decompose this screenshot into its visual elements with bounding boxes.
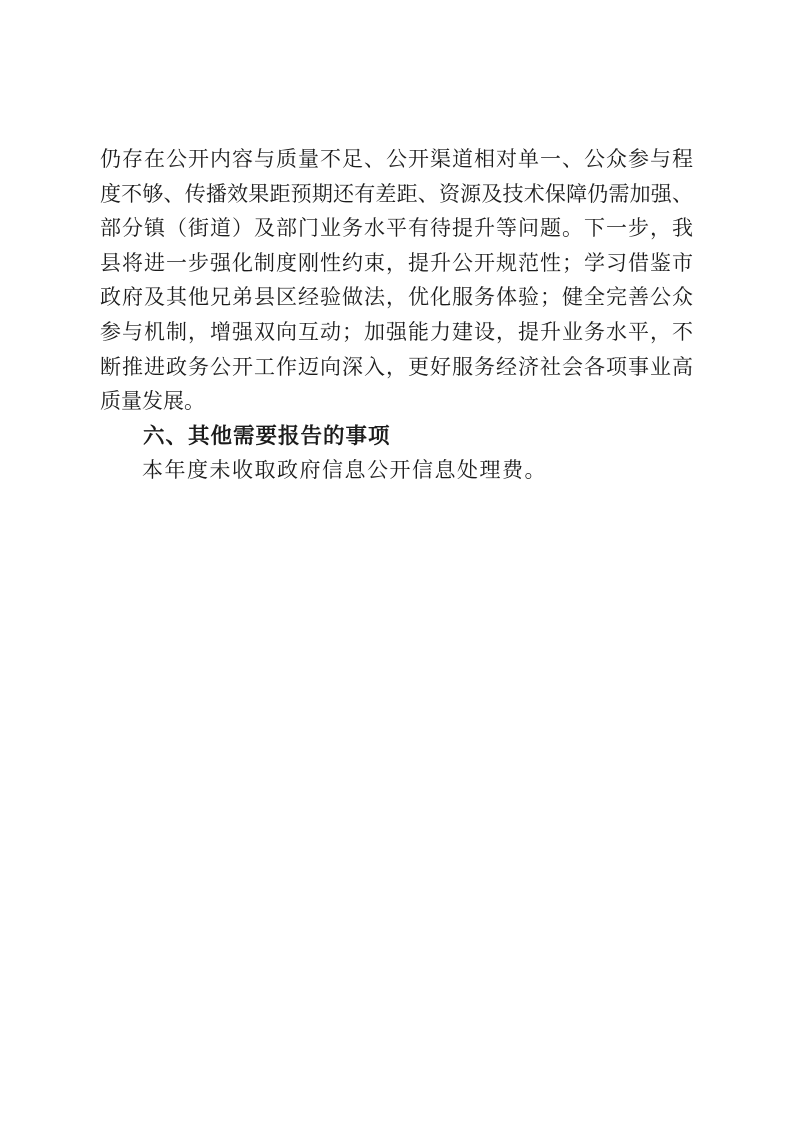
paragraph-line: 县将进一步强化制度刚性约束，提升公开规范性；学习借鉴市	[100, 246, 693, 281]
paragraph-line: 断推进政务公开工作迈向深入，更好服务经济社会各项事业高	[100, 350, 693, 385]
body-paragraph: 仍存在公开内容与质量不足、公开渠道相对单一、公众参与程 度不够、传播效果距预期还…	[100, 142, 693, 419]
paragraph-line: 政府及其他兄弟县区经验做法，优化服务体验；健全完善公众	[100, 280, 693, 315]
paragraph-line: 质量发展。	[100, 384, 693, 419]
paragraph-line: 度不够、传播效果距预期还有差距、资源及技术保障仍需加强、	[100, 177, 693, 212]
paragraph-line: 部分镇（街道）及部门业务水平有待提升等问题。下一步，我	[100, 211, 693, 246]
document-page: 仍存在公开内容与质量不足、公开渠道相对单一、公众参与程 度不够、传播效果距预期还…	[0, 0, 793, 1122]
section-body-paragraph: 本年度未收取政府信息公开信息处理费。	[100, 453, 693, 488]
paragraph-line: 仍存在公开内容与质量不足、公开渠道相对单一、公众参与程	[100, 142, 693, 177]
section-heading: 六、其他需要报告的事项	[100, 419, 693, 454]
paragraph-line: 参与机制，增强双向互动；加强能力建设，提升业务水平，不	[100, 315, 693, 350]
